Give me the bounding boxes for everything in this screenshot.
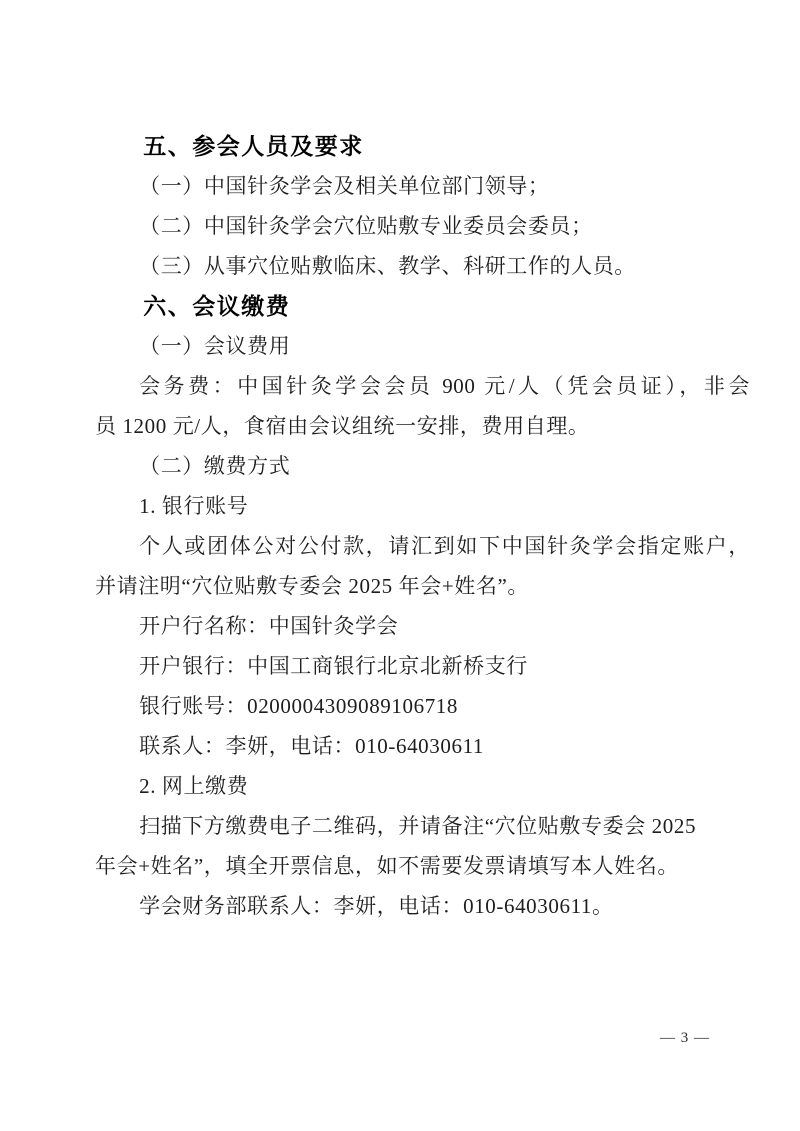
document-line: （一）中国针灸学会及相关单位部门领导； — [95, 166, 750, 206]
document-line: （二）缴费方式 — [95, 446, 750, 486]
document-line: （三）从事穴位贴敷临床、教学、科研工作的人员。 — [95, 246, 750, 286]
document-line: 开户行名称：中国针灸学会 — [95, 606, 750, 646]
document-line: 银行账号：0200004309089106718 — [95, 686, 750, 726]
document-line: （二）中国针灸学会穴位贴敷专业委员会委员； — [95, 206, 750, 246]
document-line: 会务费：中国针灸学会会员 900 元/人（凭会员证），非会 — [95, 366, 750, 406]
section-heading: 六、会议缴费 — [95, 286, 750, 326]
document-body: 五、参会人员及要求（一）中国针灸学会及相关单位部门领导；（二）中国针灸学会穴位贴… — [95, 126, 750, 926]
document-line: （一）会议费用 — [95, 326, 750, 366]
document-line: 开户银行：中国工商银行北京北新桥支行 — [95, 646, 750, 686]
document-line: 2. 网上缴费 — [95, 766, 750, 806]
page-number: — 3 — — [660, 1028, 710, 1048]
document-line: 个人或团体公对公付款，请汇到如下中国针灸学会指定账户， — [95, 526, 750, 566]
document-line: 年会+姓名”，填全开票信息，如不需要发票请填写本人姓名。 — [95, 846, 750, 886]
section-heading: 五、参会人员及要求 — [95, 126, 750, 166]
document-line: 并请注明“穴位贴敷专委会 2025 年会+姓名”。 — [95, 566, 750, 606]
document-line: 1. 银行账号 — [95, 486, 750, 526]
document-page: 五、参会人员及要求（一）中国针灸学会及相关单位部门领导；（二）中国针灸学会穴位贴… — [0, 0, 800, 1131]
document-line: 员 1200 元/人，食宿由会议组统一安排，费用自理。 — [95, 406, 750, 446]
document-line: 扫描下方缴费电子二维码，并请备注“穴位贴敷专委会 2025 — [95, 806, 750, 846]
document-line: 学会财务部联系人：李妍，电话：010-64030611。 — [95, 886, 750, 926]
document-line: 联系人：李妍，电话：010-64030611 — [95, 726, 750, 766]
